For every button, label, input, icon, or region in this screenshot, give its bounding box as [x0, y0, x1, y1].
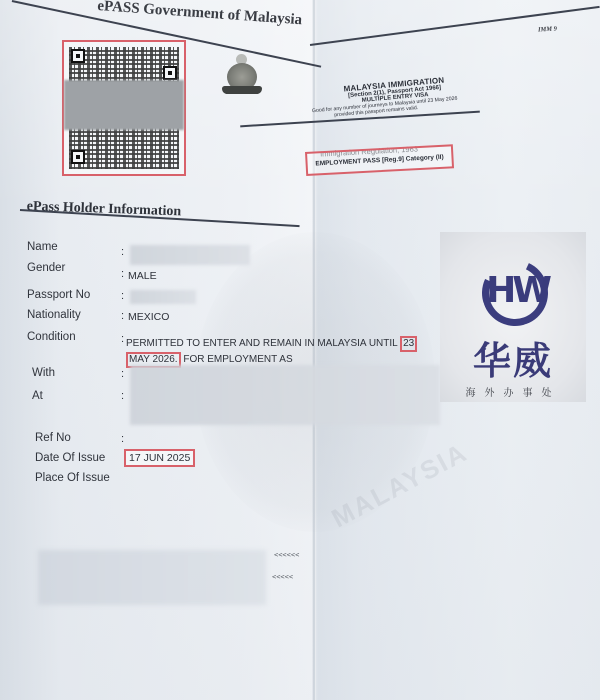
value-condition: PERMITTED TO ENTER AND REMAIN IN MALAYSI… — [126, 336, 446, 368]
label-date-of-issue: Date Of Issue — [35, 452, 105, 464]
visa-endorsement: MALAYSIA IMMIGRATION [Section 2(1), Pass… — [289, 71, 501, 122]
label-place-of-issue: Place Of Issue — [35, 472, 110, 484]
qr-code-highlight — [62, 40, 186, 176]
highlight-expiry-day: 23 — [400, 336, 417, 352]
condition-text-tail: FOR EMPLOYMENT AS — [181, 354, 293, 365]
label-ref-no: Ref No — [35, 432, 71, 444]
logo-subtitle: 海外办事处 — [450, 384, 576, 399]
redacted-passport-no — [130, 290, 196, 304]
colon: : — [121, 290, 124, 302]
redacted-mrz — [38, 550, 266, 605]
label-with: With — [32, 367, 55, 379]
colon: : — [121, 268, 124, 280]
value-nationality: MEXICO — [128, 311, 169, 323]
redacted-area — [64, 80, 184, 130]
label-nationality: Nationality — [27, 309, 81, 321]
logo-name: 华威 — [450, 330, 576, 385]
label-at: At — [32, 390, 43, 402]
colon: : — [121, 390, 124, 402]
qr-finder-icon — [163, 66, 177, 80]
mrz-line-2: <<<<< — [272, 573, 293, 581]
redacted-name — [130, 245, 250, 265]
company-logo: HW 华威 海外办事处 — [440, 232, 586, 402]
condition-text: PERMITTED TO ENTER AND REMAIN IN MALAYSI… — [126, 338, 400, 349]
mrz-line-1: <<<<<< — [274, 551, 299, 559]
colon: : — [121, 433, 124, 445]
value-gender: MALE — [128, 270, 157, 282]
immigration-crest-icon — [222, 54, 262, 102]
redacted-employer — [130, 365, 440, 425]
label-condition: Condition — [27, 331, 76, 343]
label-name: Name — [27, 241, 58, 253]
colon: : — [121, 246, 124, 258]
colon: : — [121, 368, 124, 380]
colon: : — [121, 333, 124, 345]
value-date-of-issue: 17 JUN 2025 — [124, 449, 195, 467]
label-passport-no: Passport No — [27, 289, 90, 301]
form-code: IMM 9 — [538, 26, 557, 34]
pass-category: EMPLOYMENT PASS [Reg.9] Category (II) — [315, 153, 444, 167]
logo-mark: HW — [483, 270, 551, 311]
colon: : — [121, 310, 124, 322]
qr-finder-icon — [71, 150, 85, 164]
qr-finder-icon — [71, 49, 85, 63]
label-gender: Gender — [27, 262, 65, 274]
